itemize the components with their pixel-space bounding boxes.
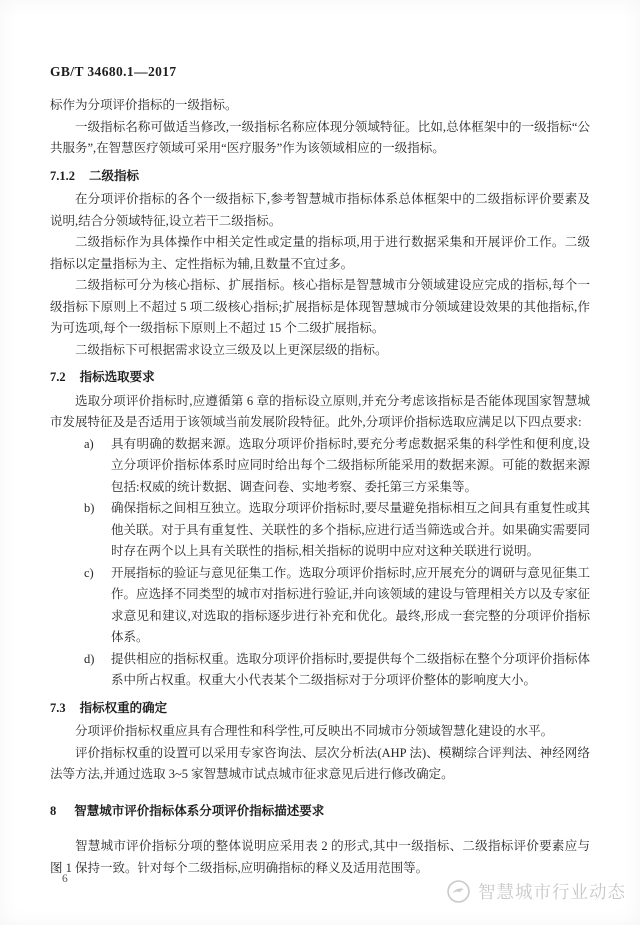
requirement-list: a) 具有明确的数据来源。选取分项评价指标时,要充分考虑数据采集的科学性和便利度… [50,434,590,692]
paragraph-8-a: 智慧城市评价指标分项的整体说明应采用表 2 的形式,其中一级指标、二级指标评价要… [50,836,590,879]
section-number: 7.3 [50,698,66,720]
list-item-text: 提供相应的指标权重。选取分项评价指标时,要提供每个二级指标在整个分项评价指标体系… [111,649,590,692]
list-item-text: 确保指标之间相互独立。选取分项评价指标时,要尽量避免指标相互之间具有重复性或其他… [111,498,590,563]
list-item: c) 开展指标的验证与意见征集工作。选取分项评价指标时,应开展充分的调研与意见征… [84,563,590,649]
section-number: 8 [50,801,56,823]
section-heading-7-1-2: 7.1.2 二级指标 [50,166,590,188]
paragraph-712-b: 二级指标作为具体操作中相关定性或定量的指标项,用于进行数据采集和开展评价工作。二… [50,232,590,275]
list-item-text: 开展指标的验证与意见征集工作。选取分项评价指标时,应开展充分的调研与意见征集工作… [111,563,590,649]
watermark: 智慧城市行业动态 [446,879,626,904]
paragraph-712-d: 二级指标下可根据需求设立三级及以上更深层级的指标。 [50,340,590,362]
section-title: 指标选取要求 [80,367,155,389]
page-content: GB/T 34680.1—2017 标作为分项评价指标的一级指标。 一级指标名称… [0,0,640,879]
list-item-marker: b) [84,498,111,563]
section-title: 智慧城市评价指标体系分项评价指标描述要求 [74,801,324,823]
section-number: 7.1.2 [50,166,75,188]
list-item: a) 具有明确的数据来源。选取分项评价指标时,要充分考虑数据采集的科学性和便利度… [84,434,590,499]
section-title: 指标权重的确定 [80,698,168,720]
section-title: 二级指标 [89,166,139,188]
list-item-marker: c) [84,563,111,649]
section-heading-7-3: 7.3 指标权重的确定 [50,698,590,720]
section-heading-8: 8 智慧城市评价指标体系分项评价指标描述要求 [50,801,590,823]
watermark-label: 智慧城市行业动态 [478,879,626,904]
circular-logo-icon [446,879,471,904]
list-item-text: 具有明确的数据来源。选取分项评价指标时,要充分考虑数据采集的科学性和便利度,设立… [111,434,590,499]
document-page: GB/T 34680.1—2017 标作为分项评价指标的一级指标。 一级指标名称… [0,0,640,925]
page-number: 6 [62,873,68,885]
section-heading-7-2: 7.2 指标选取要求 [50,367,590,389]
list-item-marker: d) [84,649,111,692]
paragraph-73-b: 评价指标权重的设置可以采用专家咨询法、层次分析法(AHP 法)、模糊综合评判法、… [50,743,590,786]
standard-code-header: GB/T 34680.1—2017 [50,64,590,80]
paragraph-73-a: 分项评价指标权重应具有合理性和科学性,可反映出不同城市分领域智慧化建设的水平。 [50,721,590,743]
list-item: d) 提供相应的指标权重。选取分项评价指标时,要提供每个二级指标在整个分项评价指… [84,649,590,692]
paragraph-continuation: 标作为分项评价指标的一级指标。 [50,95,590,117]
paragraph-712-c: 二级指标可分为核心指标、扩展指标。核心指标是智慧城市分领域建设应完成的指标,每个… [50,275,590,340]
list-item: b) 确保指标之间相互独立。选取分项评价指标时,要尽量避免指标相互之间具有重复性… [84,498,590,563]
section-number: 7.2 [50,367,66,389]
list-item-marker: a) [84,434,111,499]
paragraph-72-intro: 选取分项评价指标时,应遵循第 6 章的指标设立原则,并充分考虑该指标是否能体现国… [50,391,590,434]
paragraph-level1-naming: 一级指标名称可做适当修改,一级指标名称应体现分领域特征。比如,总体框架中的一级指… [50,117,590,160]
paragraph-712-a: 在分项评价指标的各个一级指标下,参考智慧城市指标体系总体框架中的二级指标评价要素… [50,189,590,232]
